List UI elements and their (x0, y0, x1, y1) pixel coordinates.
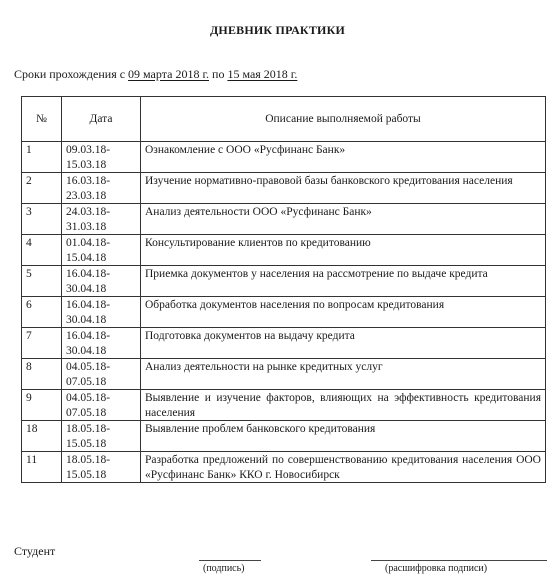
row-description: Изучение нормативно-правовой базы банков… (141, 173, 546, 204)
header-description: Описание выполняемой работы (141, 97, 546, 142)
row-date: 16.03.18- 23.03.18 (62, 173, 141, 204)
practice-period: Сроки прохождения с 09 марта 2018 г. по … (14, 67, 297, 82)
table-row: 804.05.18- 07.05.18Анализ деятельности н… (22, 359, 546, 390)
row-description: Консультирование клиентов по кредитовани… (141, 235, 546, 266)
table-row: 516.04.18- 30.04.18Приемка документов у … (22, 266, 546, 297)
period-middle: по (209, 67, 227, 81)
document-title: ДНЕВНИК ПРАКТИКИ (0, 23, 555, 38)
table-row: 109.03.18- 15.03.18Ознакомление с ООО «Р… (22, 142, 546, 173)
row-number: 9 (22, 390, 62, 421)
row-description: Подготовка документов на выдачу кредита (141, 328, 546, 359)
row-date: 18.05.18- 15.05.18 (62, 421, 141, 452)
row-description: Выявление проблем банковского кредитован… (141, 421, 546, 452)
student-label: Студент (14, 544, 55, 559)
row-number: 18 (22, 421, 62, 452)
row-description: Разработка предложений по совершенствова… (141, 452, 546, 483)
practice-diary-table: № Дата Описание выполняемой работы 109.0… (21, 96, 546, 483)
row-description: Анализ деятельности на рынке кредитных у… (141, 359, 546, 390)
signature-name-line (371, 560, 547, 561)
row-date: 16.04.18- 30.04.18 (62, 297, 141, 328)
row-date: 24.03.18- 31.03.18 (62, 204, 141, 235)
row-description: Ознакомление с ООО «Русфинанс Банк» (141, 142, 546, 173)
signature-caption: (подпись) (203, 563, 245, 574)
period-end-date: 15 мая 2018 г. (227, 67, 297, 81)
row-date: 09.03.18- 15.03.18 (62, 142, 141, 173)
row-number: 11 (22, 452, 62, 483)
table-row: 324.03.18- 31.03.18Анализ деятельности О… (22, 204, 546, 235)
row-description: Приемка документов у населения на рассмо… (141, 266, 546, 297)
row-description: Анализ деятельности ООО «Русфинанс Банк» (141, 204, 546, 235)
table-row: 716.04.18- 30.04.18Подготовка документов… (22, 328, 546, 359)
row-description: Обработка документов населения по вопрос… (141, 297, 546, 328)
table-row: 1118.05.18- 15.05.18Разработка предложен… (22, 452, 546, 483)
row-date: 01.04.18- 15.04.18 (62, 235, 141, 266)
period-start-date: 09 марта 2018 г. (128, 67, 209, 81)
row-date: 04.05.18- 07.05.18 (62, 390, 141, 421)
row-date: 04.05.18- 07.05.18 (62, 359, 141, 390)
table-row: 401.04.18- 15.04.18Консультирование клие… (22, 235, 546, 266)
row-number: 4 (22, 235, 62, 266)
row-description: Выявление и изучение факторов, влияющих … (141, 390, 546, 421)
row-number: 6 (22, 297, 62, 328)
row-number: 5 (22, 266, 62, 297)
table-row: 1818.05.18- 15.05.18Выявление проблем ба… (22, 421, 546, 452)
table-row: 904.05.18- 07.05.18Выявление и изучение … (22, 390, 546, 421)
row-number: 1 (22, 142, 62, 173)
header-number: № (22, 97, 62, 142)
row-date: 16.04.18- 30.04.18 (62, 266, 141, 297)
row-number: 2 (22, 173, 62, 204)
period-prefix: Сроки прохождения с (14, 67, 128, 81)
row-date: 18.05.18- 15.05.18 (62, 452, 141, 483)
table-row: 616.04.18- 30.04.18Обработка документов … (22, 297, 546, 328)
row-number: 7 (22, 328, 62, 359)
row-date: 16.04.18- 30.04.18 (62, 328, 141, 359)
signature-line (199, 560, 261, 561)
table-row: 216.03.18- 23.03.18Изучение нормативно-п… (22, 173, 546, 204)
signature-name-caption: (расшифровка подписи) (385, 563, 487, 574)
table-header-row: № Дата Описание выполняемой работы (22, 97, 546, 142)
row-number: 3 (22, 204, 62, 235)
header-date: Дата (62, 97, 141, 142)
row-number: 8 (22, 359, 62, 390)
